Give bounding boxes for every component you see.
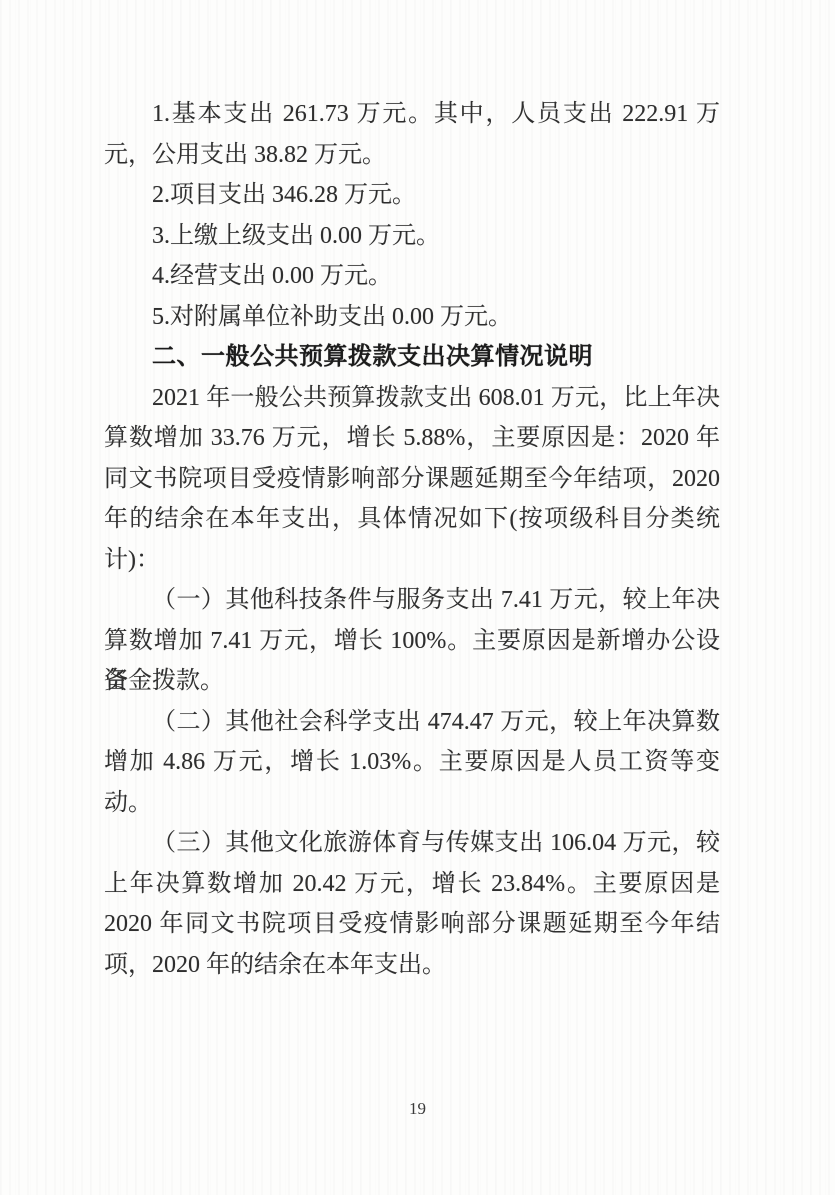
expense-item-line: 3.上缴上级支出 0.00 万元。: [104, 216, 720, 257]
expense-item-5: 5.对附属单位补助支出 0.00 万元。: [104, 297, 720, 338]
page-number: 19: [0, 1099, 835, 1119]
expense-item-line: 元，公用支出 38.82 万元。: [104, 135, 720, 176]
paragraph-line: （三）其他文化旅游体育与传媒支出 106.04 万元，较: [104, 823, 720, 864]
expense-item-line: 1.基本支出 261.73 万元。其中，人员支出 222.91 万: [104, 94, 720, 135]
paragraph-line: （二）其他社会科学支出 474.47 万元，较上年决算数: [104, 702, 720, 743]
document-body: 1.基本支出 261.73 万元。其中，人员支出 222.91 万 元，公用支出…: [104, 94, 720, 985]
expense-item-line: 5.对附属单位补助支出 0.00 万元。: [104, 297, 720, 338]
expense-item-4: 4.经营支出 0.00 万元。: [104, 256, 720, 297]
paragraph-line: 2021 年一般公共预算拨款支出 608.01 万元，比上年决: [104, 378, 720, 419]
paragraph-line: 算数增加 33.76 万元，增长 5.88%，主要原因是：2020 年: [104, 418, 720, 459]
expense-item-1: 1.基本支出 261.73 万元。其中，人员支出 222.91 万 元，公用支出…: [104, 94, 720, 175]
paragraph-line: 年的结余在本年支出，具体情况如下(按项级科目分类统: [104, 499, 720, 540]
paragraph-line: 资金拨款。: [104, 661, 720, 702]
paragraph-line: 项，2020 年的结余在本年支出。: [104, 945, 720, 986]
expense-item-line: 4.经营支出 0.00 万元。: [104, 256, 720, 297]
paragraph-item-2: （二）其他社会科学支出 474.47 万元，较上年决算数 增加 4.86 万元，…: [104, 702, 720, 824]
paragraph-line: 算数增加 7.41 万元，增长 100%。主要原因是新增办公设备: [104, 621, 720, 662]
document-page: 1.基本支出 261.73 万元。其中，人员支出 222.91 万 元，公用支出…: [0, 0, 835, 1195]
paragraph-line: 上年决算数增加 20.42 万元，增长 23.84%。主要原因是: [104, 864, 720, 905]
expense-item-3: 3.上缴上级支出 0.00 万元。: [104, 216, 720, 257]
paragraph-line: 计)：: [104, 540, 720, 581]
paragraph-item-1: （一）其他科技条件与服务支出 7.41 万元，较上年决 算数增加 7.41 万元…: [104, 580, 720, 702]
expense-item-line: 2.项目支出 346.28 万元。: [104, 175, 720, 216]
expense-item-2: 2.项目支出 346.28 万元。: [104, 175, 720, 216]
paragraph-line: 同文书院项目受疫情影响部分课题延期至今年结项，2020: [104, 459, 720, 500]
section-heading: 二、一般公共预算拨款支出决算情况说明: [104, 337, 720, 378]
paragraph-line: 2020 年同文书院项目受疫情影响部分课题延期至今年结: [104, 904, 720, 945]
paragraph-line: 增加 4.86 万元，增长 1.03%。主要原因是人员工资等变: [104, 742, 720, 783]
paragraph-line: 动。: [104, 783, 720, 824]
paragraph-line: （一）其他科技条件与服务支出 7.41 万元，较上年决: [104, 580, 720, 621]
paragraph-item-3: （三）其他文化旅游体育与传媒支出 106.04 万元，较 上年决算数增加 20.…: [104, 823, 720, 985]
paragraph-overview: 2021 年一般公共预算拨款支出 608.01 万元，比上年决 算数增加 33.…: [104, 378, 720, 581]
